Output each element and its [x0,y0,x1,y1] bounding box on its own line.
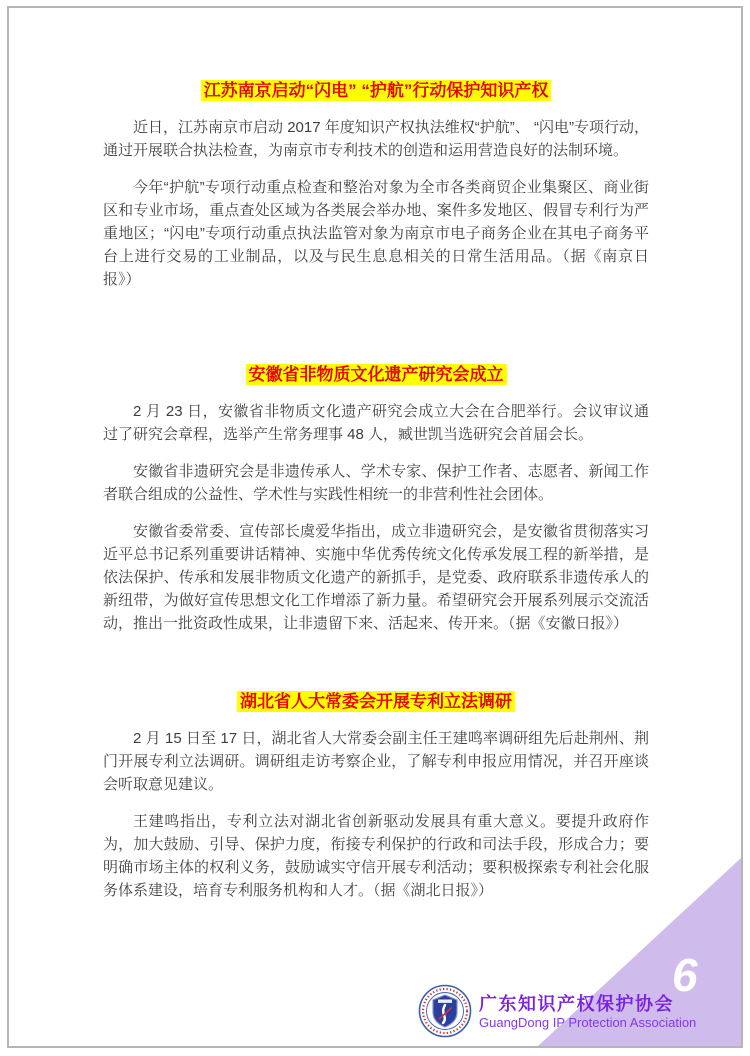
newsletter-content: 江苏南京启动“闪电” “护航”行动保护知识产权 近日，江苏南京市启动 2017 … [103,80,649,902]
highlighted-title-text: 江苏南京启动“闪电” “护航”行动保护知识产权 [201,80,552,101]
highlighted-title-text: 安徽省非物质文化遗产研究会成立 [246,364,507,385]
article-title: 江苏南京启动“闪电” “护航”行动保护知识产权 [103,80,649,102]
newsletter-page: { "page": { "number": "6" }, "articles":… [0,0,750,1056]
article-paragraph: 2 月 15 日至 17 日，湖北省人大常委会副主任王建鸣率调研组先后赴荆州、荆… [103,727,649,796]
article-jiangsu-nanjing: 江苏南京启动“闪电” “护航”行动保护知识产权 近日，江苏南京市启动 2017 … [103,80,649,291]
article-anhui-feiyi: 安徽省非物质文化遗产研究会成立 2 月 23 日，安徽省非物质文化遗产研究会成立… [103,364,649,635]
org-name-chinese: 广东知识产权保护协会 [479,993,696,1015]
article-paragraph: 今年“护航”专项行动重点检查和整治对象为全市各类商贸企业集聚区、商业街区和专业市… [103,176,649,291]
footer-names: 广东知识产权保护协会 GuangDong IP Protection Assoc… [479,984,696,1031]
highlighted-title-text: 湖北省人大常委会开展专利立法调研 [237,691,515,712]
article-paragraph: 王建鸣指出，专利立法对湖北省创新驱动发展具有重大意义。要提升政府作为，加大鼓励、… [103,810,649,902]
org-name-english: GuangDong IP Protection Association [479,1015,696,1031]
footer-brand: 广东知识产权保护协会 GuangDong IP Protection Assoc… [418,984,696,1038]
article-paragraph: 安徽省非遗研究会是非遗传承人、学术专家、保护工作者、志愿者、新闻工作者联合组成的… [103,460,649,506]
gdip-association-seal-icon [418,984,472,1038]
article-hubei-renda: 湖北省人大常委会开展专利立法调研 2 月 15 日至 17 日，湖北省人大常委会… [103,691,649,902]
article-title: 安徽省非物质文化遗产研究会成立 [103,364,649,386]
article-paragraph: 安徽省委常委、宣传部长虞爱华指出，成立非遗研究会，是安徽省贯彻落实习近平总书记系… [103,520,649,635]
article-title: 湖北省人大常委会开展专利立法调研 [103,691,649,713]
article-paragraph: 近日，江苏南京市启动 2017 年度知识产权执法维权“护航”、 “闪电”专项行动… [103,116,649,162]
article-paragraph: 2 月 23 日，安徽省非物质文化遗产研究会成立大会在合肥举行。会议审议通过了研… [103,400,649,446]
